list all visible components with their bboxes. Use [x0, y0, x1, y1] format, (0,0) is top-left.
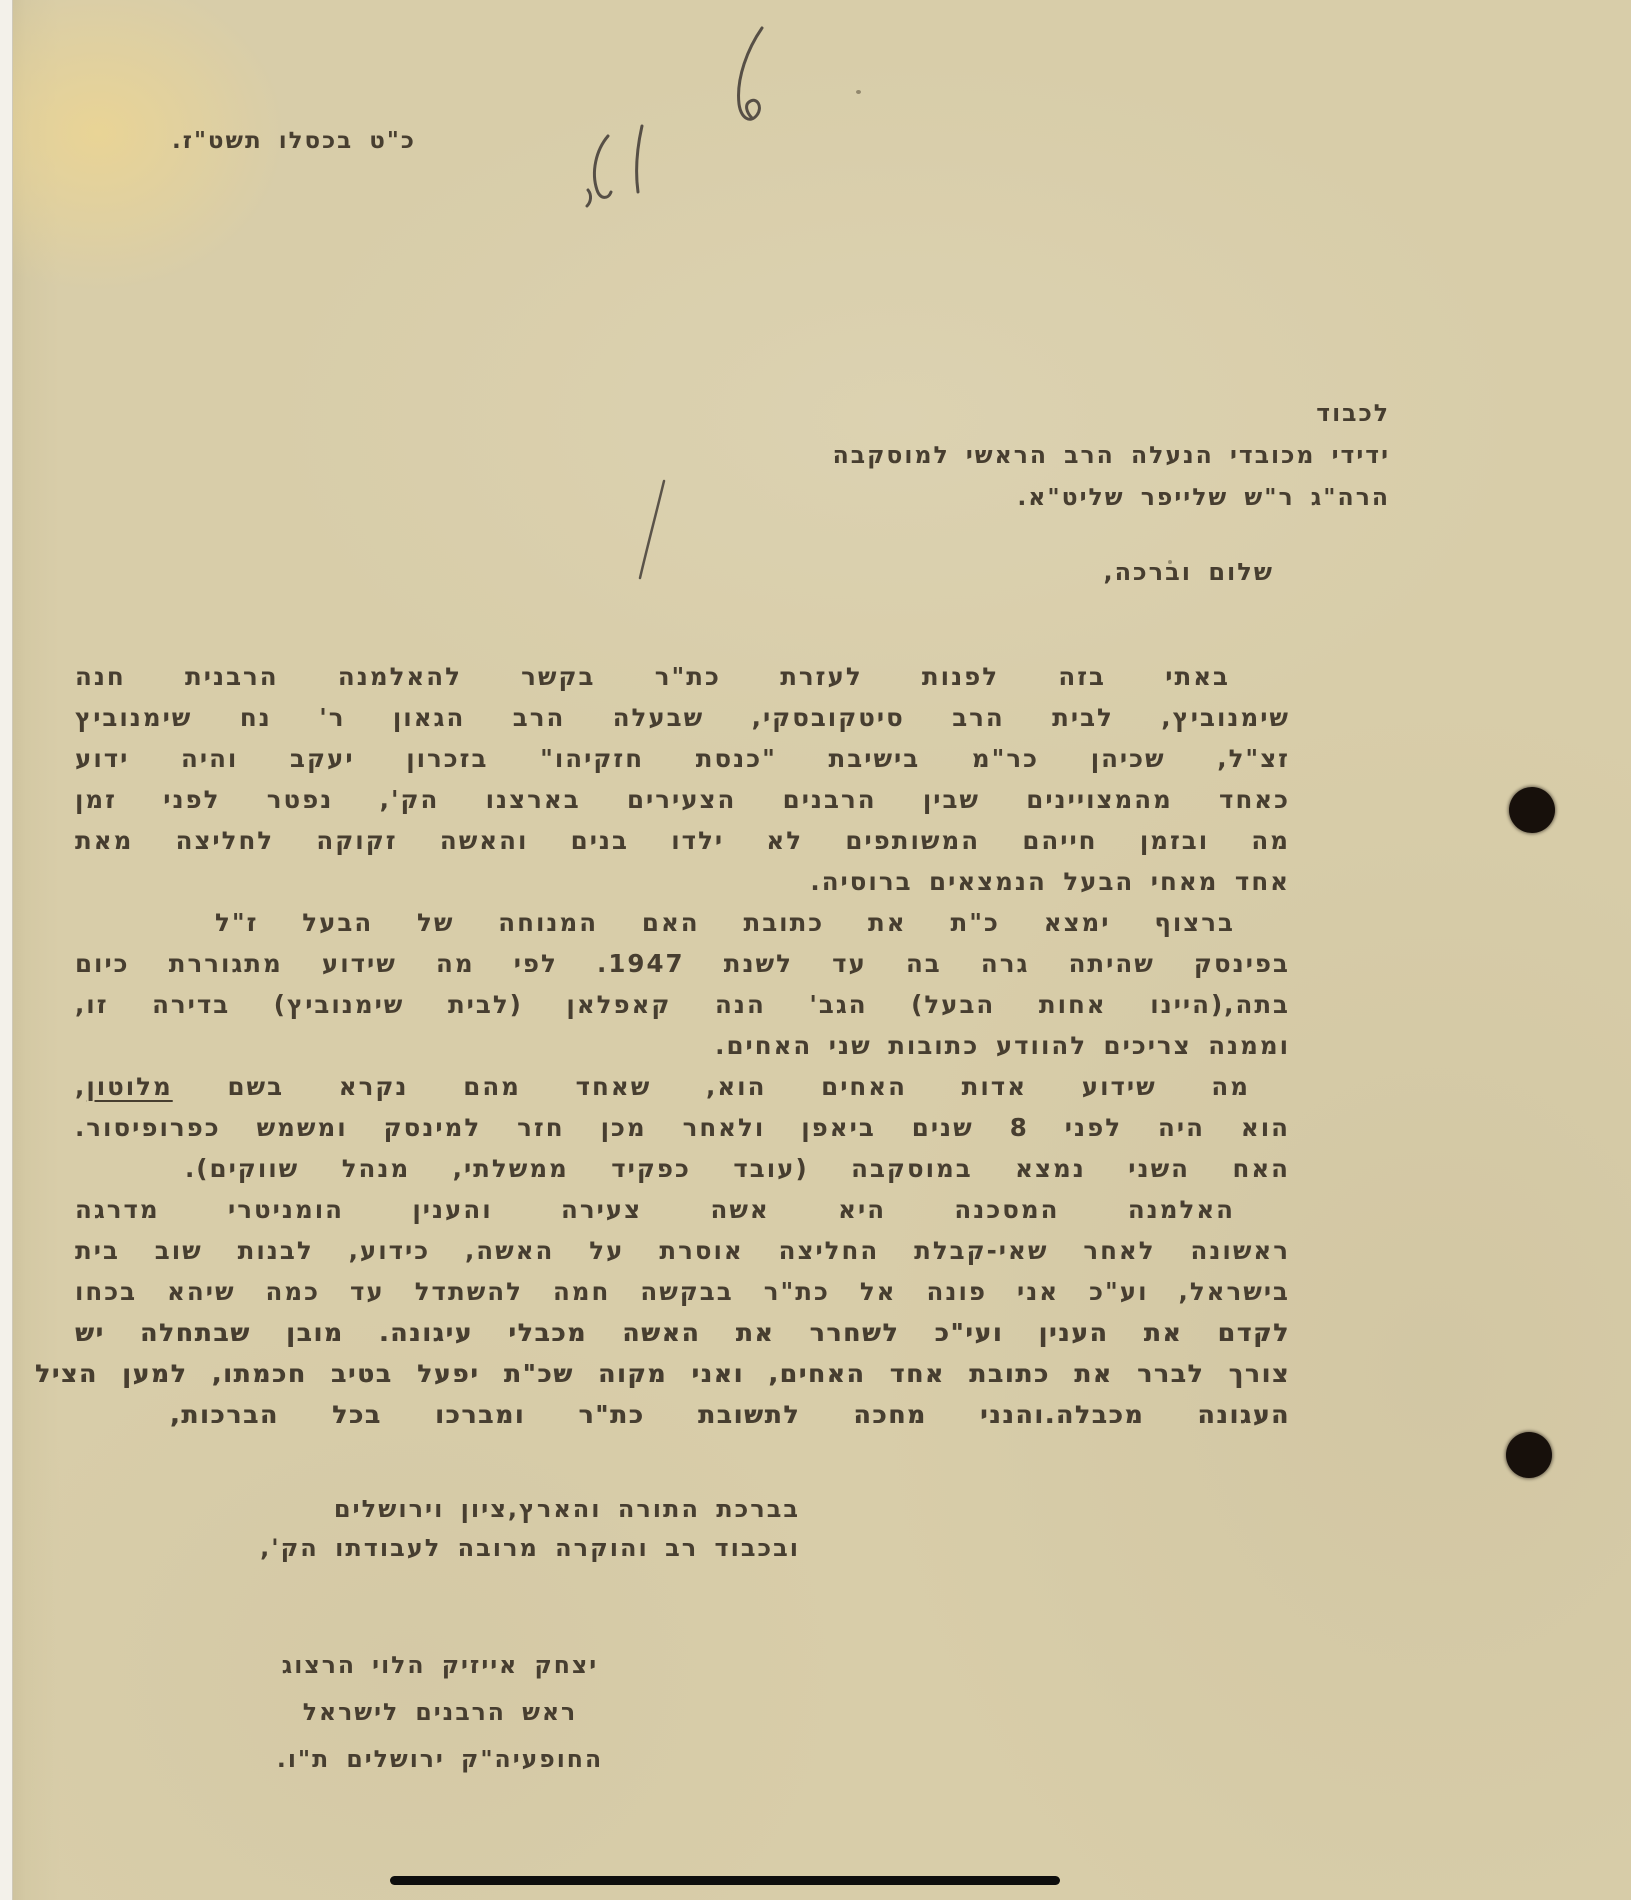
signature-block: יצחק אייזיק הלוי הרצוג ראש הרבנים לישראל…: [238, 1642, 642, 1783]
body-line: זצ"ל, שכיהן כר"מ בישיבת "כנסת חזקיהו" בז…: [75, 738, 1290, 779]
body-line: באתי בזה לפנות לעזרת כת"ר בקשר להאלמנה ה…: [75, 656, 1290, 697]
recipient-block: לכבוד ידידי מכובדי הנעלה הרב הראשי למוסק…: [833, 392, 1390, 518]
body-line: העגונה מכבלה.והנני מחכה לתשובת כת"ר ומבר…: [75, 1394, 1290, 1435]
body-line: שימנוביץ, לבית הרב סיטקובסקי, שבעלה הרב …: [75, 697, 1290, 738]
pen-loop-stroke: [739, 28, 762, 119]
recipient-line: הרה"ג ר"ש שלייפר שליט"א.: [833, 476, 1390, 518]
pen-comma-dot: [587, 190, 591, 206]
body-line: בפינסק שהיתה גרה בה עד לשנת 1947. לפי מה…: [75, 943, 1290, 984]
body-line: אחד מאחי הבעל הנמצאים ברוסיה.: [75, 861, 1290, 902]
pen-slash-stroke: [640, 481, 664, 578]
closing-line: בברכת התורה והארץ,ציון וירושלים: [260, 1490, 800, 1529]
body-line-with-underline: מה שידוע אדות האחים הוא, שאחד מהם נקרא ב…: [75, 1066, 1290, 1107]
handwritten-slash-mark: [632, 478, 676, 582]
body-line: וממנה צריכים להוודע כתובות שני האחים.: [75, 1025, 1290, 1066]
signer-title: ראש הרבנים לישראל: [238, 1689, 642, 1736]
handwritten-pen-mark: [550, 14, 800, 214]
body-line: לקדם את הענין ועי"כ לשחרר את האשה מכבלי …: [75, 1312, 1290, 1353]
body-line: צורך לברר את כתובת אחד האחים, ואני מקוה …: [35, 1353, 1290, 1394]
punch-hole-top: [1509, 787, 1555, 833]
pen-curve-stroke: [594, 136, 611, 197]
signer-name: יצחק אייזיק הלוי הרצוג: [238, 1642, 642, 1689]
body-line: מה ובזמן חייהם המשותפים לא ילדו בנים והא…: [75, 820, 1290, 861]
body-line: ברצוף ימצא כ"ת את כתובת האם המנוחה של הב…: [75, 902, 1290, 943]
signer-location: החופעיה"ק ירושלים ת"ו.: [238, 1736, 642, 1783]
bottom-bar: [390, 1876, 1060, 1885]
body-line-post: ,: [75, 1072, 86, 1101]
body-line-pre: מה שידוע אדות האחים הוא, שאחד מהם נקרא ב…: [173, 1072, 1250, 1101]
closing-block: בברכת התורה והארץ,ציון וירושלים ובכבוד ר…: [260, 1490, 800, 1568]
greeting-line: שלום וברכה,: [1103, 558, 1274, 586]
underlined-name: מלוטון: [86, 1072, 172, 1101]
punch-hole-bottom: [1506, 1432, 1552, 1478]
letter-body: באתי בזה לפנות לעזרת כת"ר בקשר להאלמנה ה…: [75, 656, 1290, 1435]
body-line: הוא היה לפני 8 שנים ביאפן ולאחר מכן חזר …: [75, 1107, 1290, 1148]
body-line: ראשונה לאחר שאי-קבלת החליצה אוסרת על האש…: [75, 1230, 1290, 1271]
body-line: האח השני נמצא במוסקבה (עובד כפקיד ממשלתי…: [75, 1148, 1290, 1189]
body-line: בתה,(היינו אחות הבעל) הגב' הנה קאפלאן (ל…: [75, 984, 1290, 1025]
body-line: בישראל, וע"כ אני פונה אל כת"ר בבקשה חמה …: [75, 1271, 1290, 1312]
body-line: האלמנה המסכנה היא אשה צעירה והענין הומני…: [75, 1189, 1290, 1230]
recipient-line: לכבוד: [833, 392, 1390, 434]
dust-speck: [1168, 560, 1172, 564]
recipient-line: ידידי מכובדי הנעלה הרב הראשי למוסקבה: [833, 434, 1390, 476]
scanned-letter-page: { "meta": { "document_kind": "typewritte…: [0, 0, 1631, 1900]
closing-line: ובכבוד רב והוקרה מרובה לעבודתו הק',: [260, 1529, 800, 1568]
date-line: כ"ט בכסלו תשט"ז.: [172, 128, 416, 154]
scan-left-edge: [0, 0, 13, 1900]
body-line: כאחד מהמצויינים שבין הרבנים הצעירים בארצ…: [75, 779, 1290, 820]
pen-short-stroke: [637, 126, 642, 192]
dust-speck: [856, 90, 861, 94]
